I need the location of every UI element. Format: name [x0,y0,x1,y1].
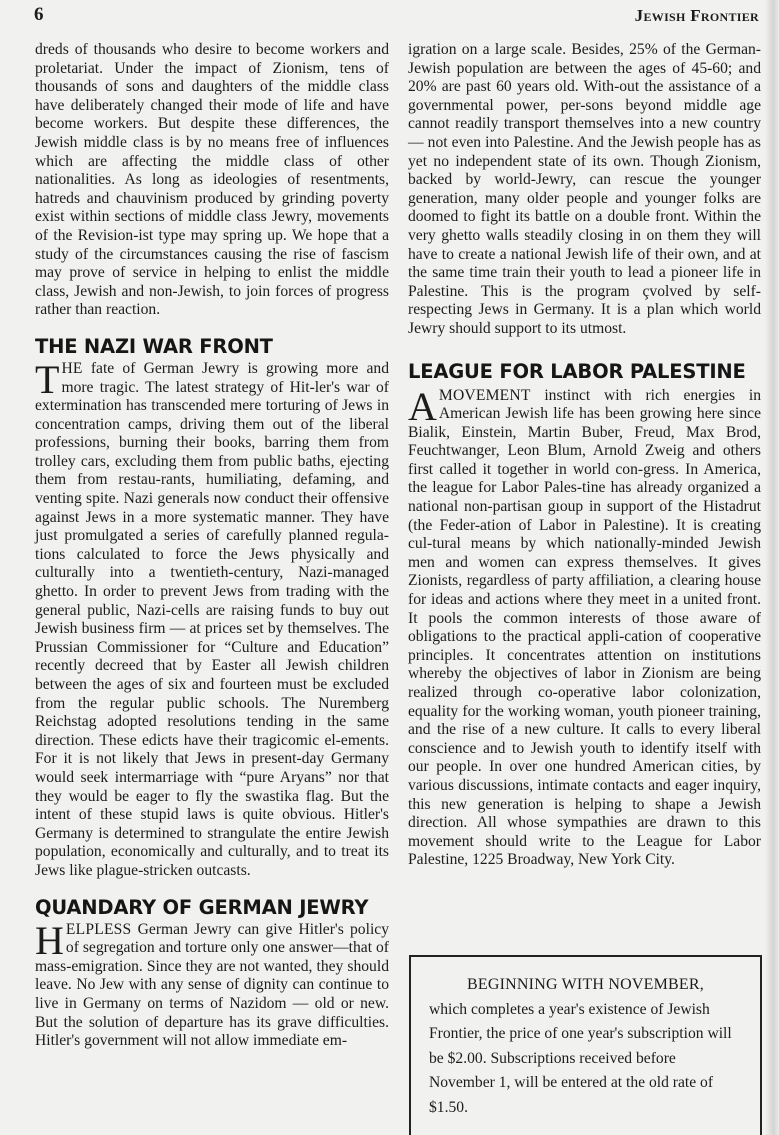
section-text: German Jewry can give Hitler's policy of… [35,921,389,1050]
section-heading-nazi-war-front: THE NAZI WAR FRONT [35,336,389,358]
notice-body: which completes a year's existence of Je… [429,1001,732,1116]
section-text: instinct with rich energies in American … [408,387,761,869]
drop-cap: T [35,363,59,395]
lead-caps: HE [61,360,82,377]
page-number: 6 [34,4,44,26]
section-text: fate of German Jewry is growing more and… [35,360,389,879]
notice-title: BEGINNING WITH NOVEMBER, [429,973,742,998]
section-body-league: AMOVEMENT instinct with rich energies in… [408,387,761,870]
section-body-nazi-war-front: THE fate of German Jewry is growing more… [35,360,389,881]
section-heading-league: LEAGUE FOR LABOR PALESTINE [408,361,761,383]
lead-caps: MOVEMENT [439,387,531,404]
lead-caps: ELPLESS [66,921,132,938]
running-title: Jewish Frontier [635,6,759,26]
left-column: dreds of thousands who desire to become … [35,41,389,1051]
drop-cap: A [408,390,437,422]
subscription-notice-box: BEGINNING WITH NOVEMBER, which completes… [409,955,762,1135]
continuation-paragraph: igration on a large scale. Besides, 25% … [408,41,761,339]
right-column: igration on a large scale. Besides, 25% … [408,41,761,870]
drop-cap: H [35,924,64,956]
page-edge-shadow [765,0,779,1135]
section-heading-quandary: QUANDARY OF GERMAN JEWRY [35,897,389,919]
continuation-paragraph: dreds of thousands who desire to become … [35,41,389,320]
section-body-quandary: HELPLESS German Jewry can give Hitler's … [35,921,389,1051]
